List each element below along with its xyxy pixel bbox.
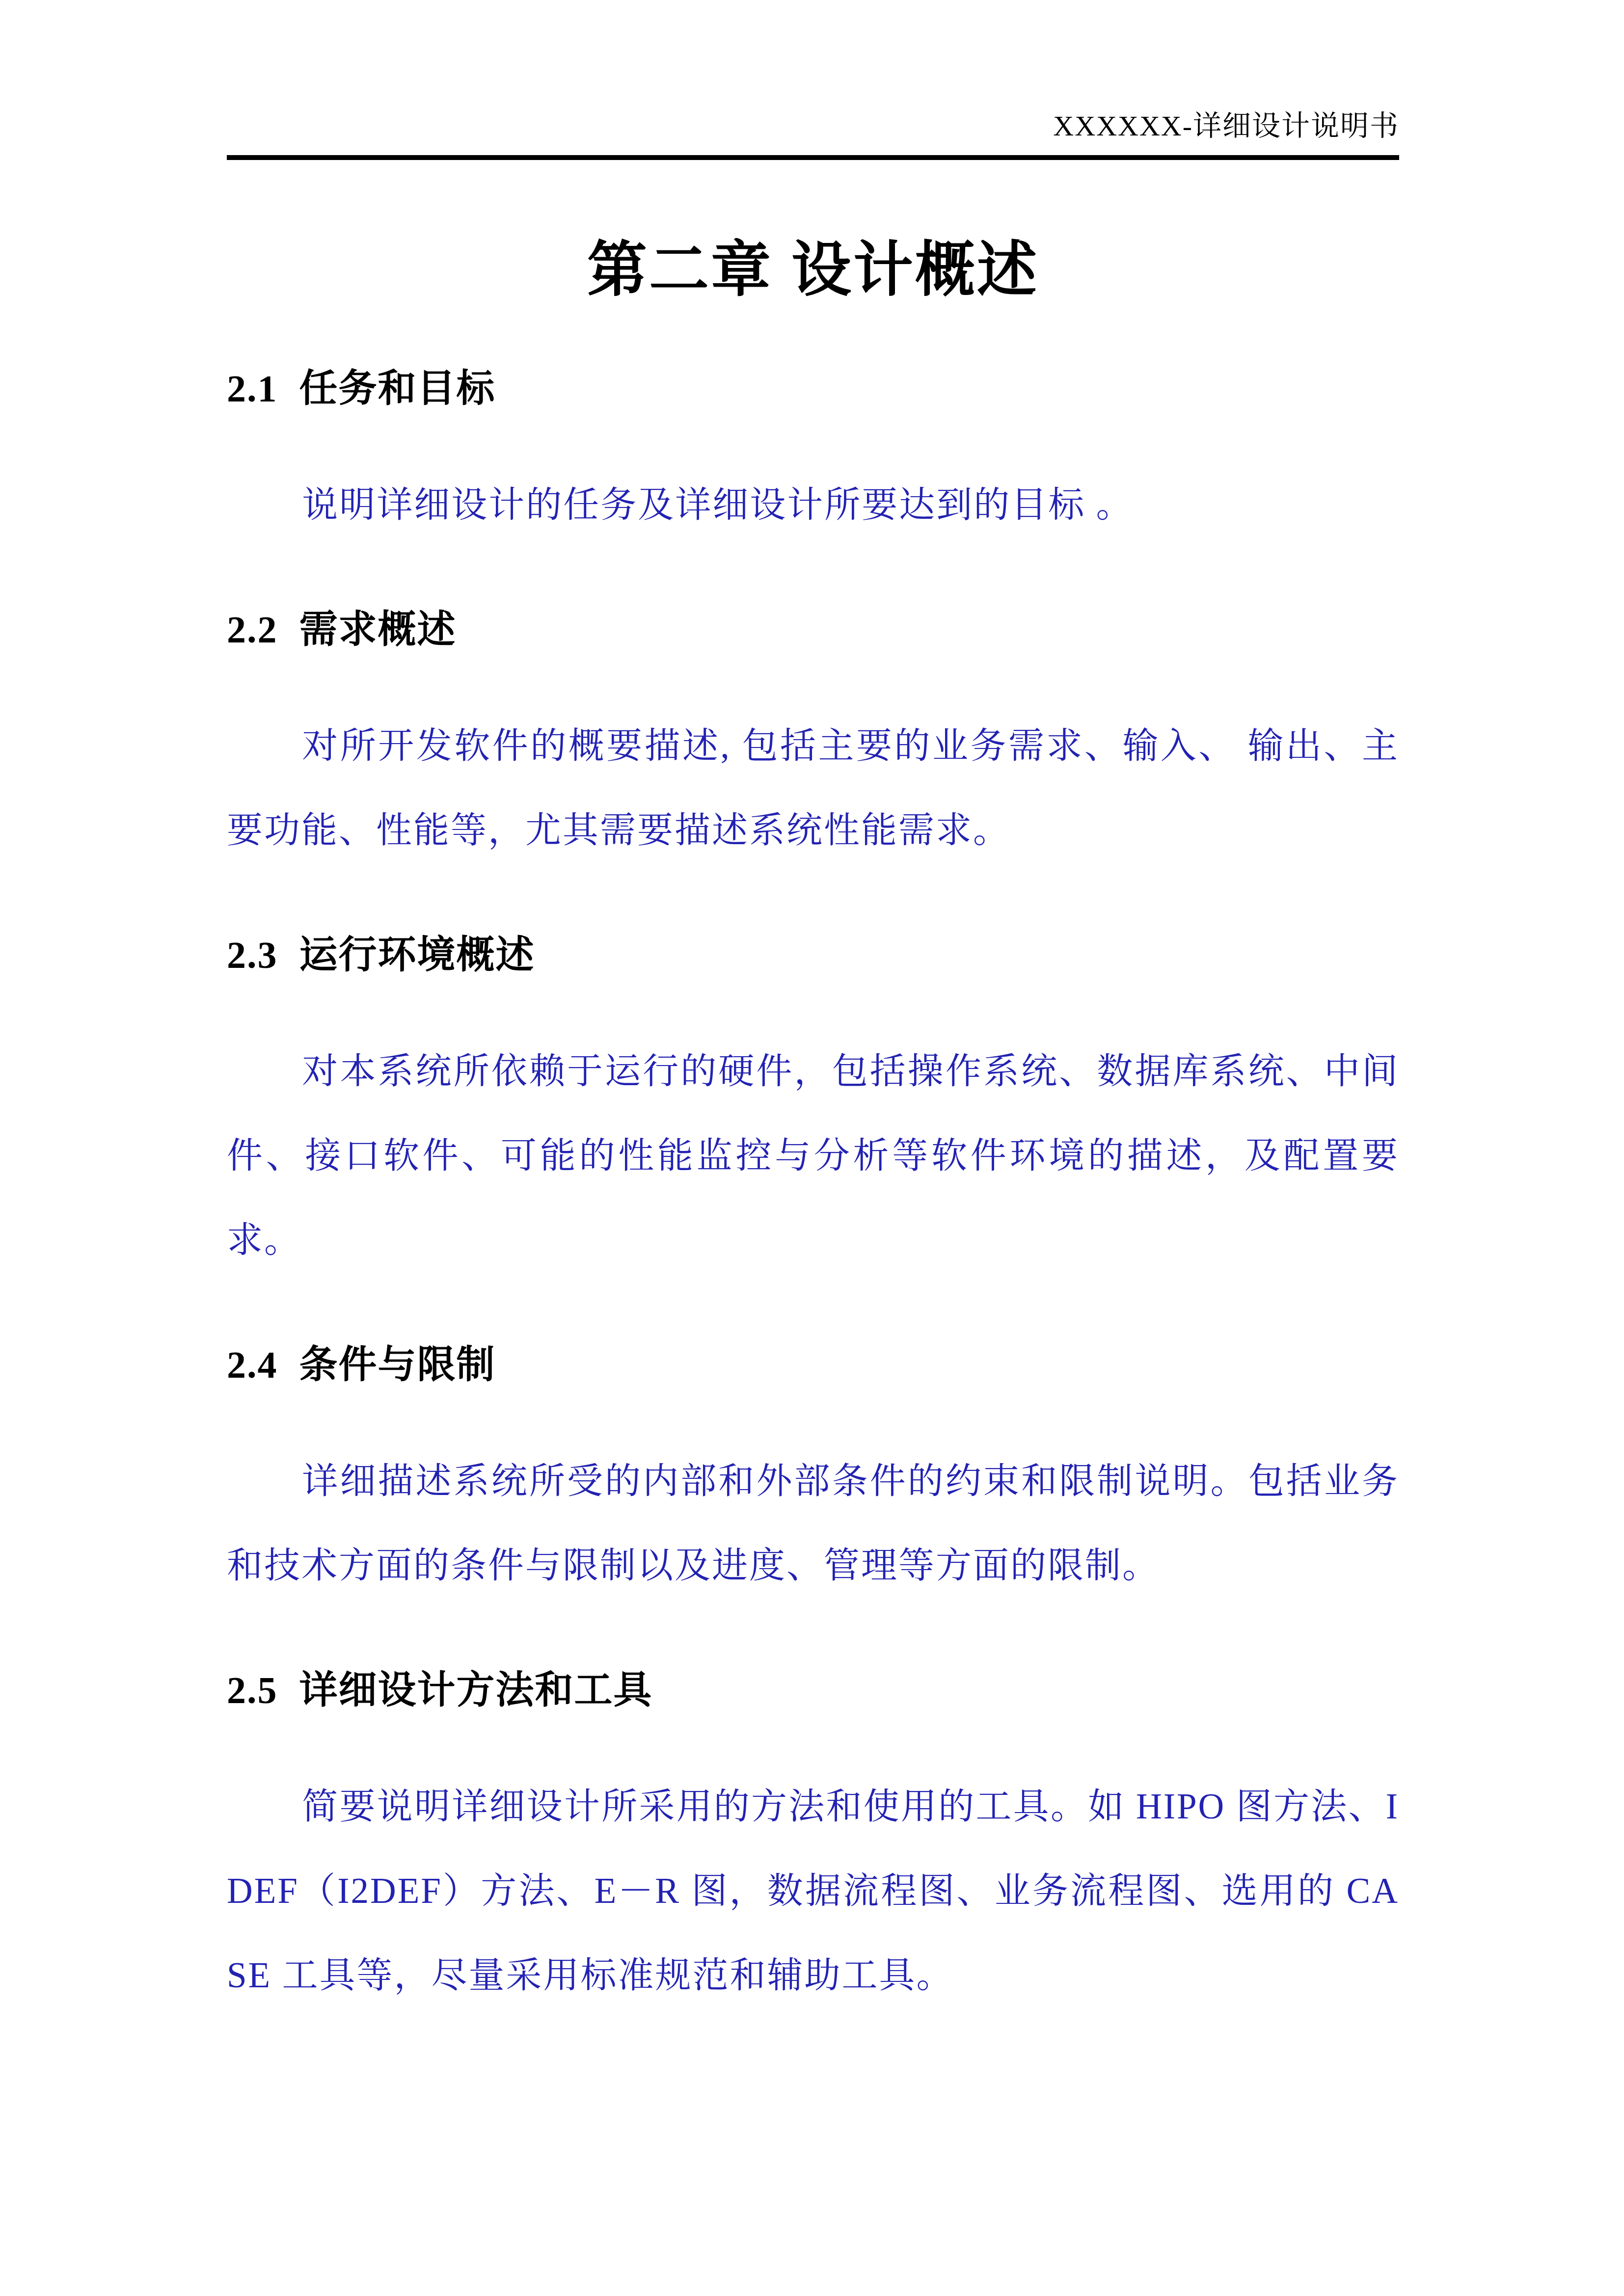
section-heading: 2.4条件与限制 [227,1337,1399,1392]
section-title: 运行环境概述 [299,933,535,976]
section-2-4: 2.4条件与限制 详细描述系统所受的内部和外部条件的约束和限制说明。包括业务和技… [227,1337,1399,1608]
page-header-title: XXXXXX-详细设计说明书 [227,104,1399,148]
section-body: 简要说明详细设计所采用的方法和使用的工具。如 HIPO 图方法、IDEF（I2D… [227,1764,1399,2018]
section-2-3: 2.3运行环境概述 对本系统所依赖于运行的硬件，包括操作系统、数据库系统、中间件… [227,928,1399,1282]
section-heading: 2.1任务和目标 [227,361,1399,416]
document-page: XXXXXX-详细设计说明书 第二章 设计概述 2.1任务和目标 说明详细设计的… [0,0,1624,2296]
section-body: 说明详细设计的任务及详细设计所要达到的目标 。 [227,463,1399,547]
section-number: 2.2 [227,608,278,651]
section-body: 详细描述系统所受的内部和外部条件的约束和限制说明。包括业务和技术方面的条件与限制… [227,1439,1399,1608]
section-body: 对所开发软件的概要描述, 包括主要的业务需求、输入、 输出、主要功能、性能等，尤… [227,704,1399,873]
section-heading: 2.5详细设计方法和工具 [227,1663,1399,1717]
section-number: 2.3 [227,934,278,976]
section-number: 2.4 [227,1343,278,1386]
section-title: 需求概述 [299,608,457,651]
section-heading: 2.3运行环境概述 [227,928,1399,982]
section-body: 对本系统所依赖于运行的硬件，包括操作系统、数据库系统、中间件、接口软件、可能的性… [227,1029,1399,1282]
section-title: 详细设计方法和工具 [299,1668,653,1711]
header-rule [227,155,1399,160]
section-title: 任务和目标 [299,367,496,410]
section-2-1: 2.1任务和目标 说明详细设计的任务及详细设计所要达到的目标 。 [227,361,1399,547]
section-number: 2.5 [227,1669,278,1711]
section-number: 2.1 [227,367,278,410]
section-heading: 2.2需求概述 [227,602,1399,657]
section-title: 条件与限制 [299,1343,496,1386]
section-2-5: 2.5详细设计方法和工具 简要说明详细设计所采用的方法和使用的工具。如 HIPO… [227,1663,1399,2018]
chapter-title: 第二章 设计概述 [227,233,1399,306]
section-2-2: 2.2需求概述 对所开发软件的概要描述, 包括主要的业务需求、输入、 输出、主要… [227,602,1399,873]
